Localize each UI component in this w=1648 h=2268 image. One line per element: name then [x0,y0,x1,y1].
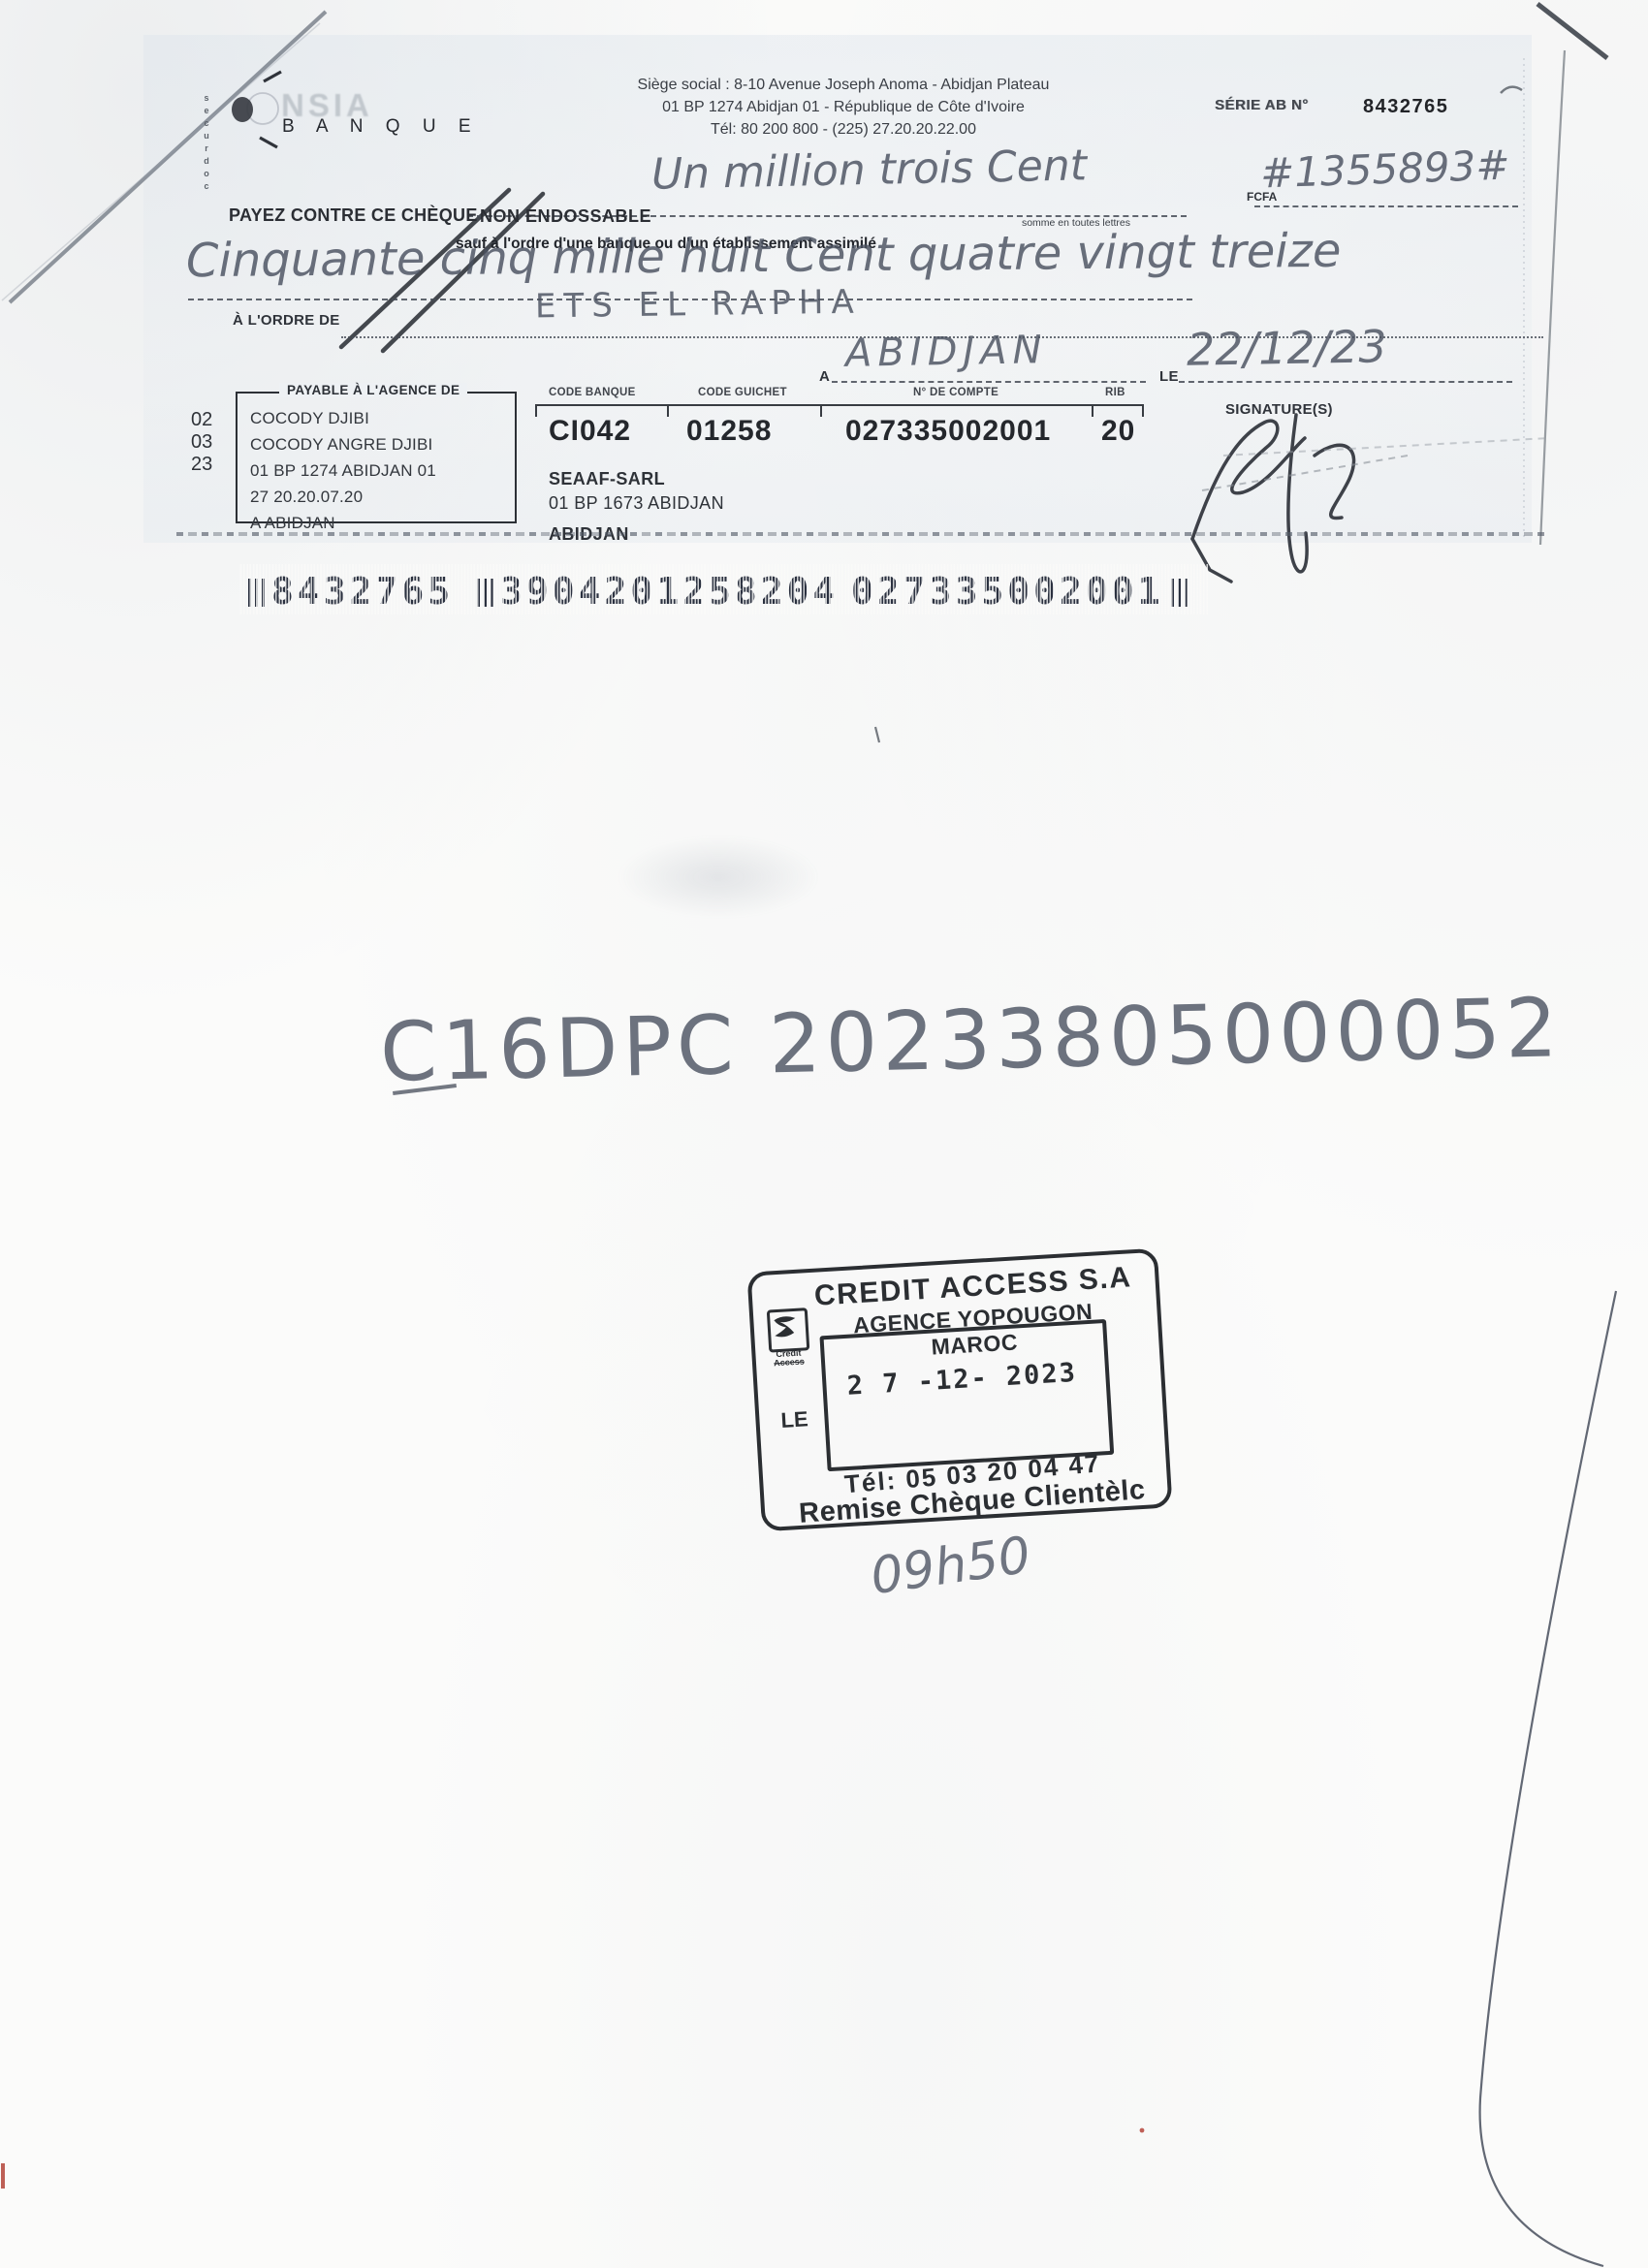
handwritten-place: ABIDJAN [845,328,1048,376]
micr-symbol-3 [1171,579,1188,607]
margin-date-2: 03 [191,431,212,454]
drawer-address: 01 BP 1673 ABIDJAN [549,493,724,514]
margin-date-3: 23 [191,454,212,476]
non-endossable-label: NON ENDOSSABLE [480,206,651,227]
margin-date-1: 02 [191,409,212,431]
compte-value: 027335002001 [845,415,1051,448]
date-rule [1179,381,1512,383]
codes-tick-4 [1092,404,1093,417]
agency-line-1: COCODY DJIBI [250,405,436,431]
compte-label: N° DE COMPTE [913,387,998,398]
deposit-stamp: Credit Access CREDIT ACCESS S.A AGENCE Y… [746,1248,1172,1532]
margin-date-column: 02 03 23 [191,409,212,476]
agency-line-3: 01 BP 1274 ABIDJAN 01 [250,457,436,484]
serie-label: SÉRIE AB N° [1215,97,1309,113]
signature-label: SIGNATURE(S) [1225,401,1333,418]
micr-group-3: 027335002001 [851,570,1188,613]
place-a-label: A [819,368,830,385]
micr-group-1: 8432765 [248,570,454,613]
micr-group-2: 3904201258204 [477,570,839,613]
rib-label: RIB [1105,387,1125,398]
red-dot-mark [1140,2128,1145,2133]
amount-figures-rule [1254,205,1518,207]
scan-smudge [617,835,820,919]
micr-cheque-number: 8432765 [271,570,454,613]
payez-label: PAYEZ CONTRE CE CHÈQUE [229,205,478,226]
rib-value: 20 [1101,415,1135,448]
micr-routing: 3904201258204 [500,570,839,613]
agency-line-2: COCODY ANGRE DJIBI [250,431,436,457]
stamp-le-label: LE [780,1406,809,1433]
handwritten-time: 09h50 [868,1527,1034,1606]
address-line-3: Tél: 80 200 800 - (225) 27.20.20.22.00 [572,118,1115,141]
codes-tick-5 [1142,404,1144,417]
address-line-1: Siège social : 8-10 Avenue Joseph Anoma … [572,74,1115,96]
bank-address: Siège social : 8-10 Avenue Joseph Anoma … [572,74,1115,141]
code-guichet-value: 01258 [686,415,772,448]
handwritten-date: 22/12/23 [1187,320,1388,376]
handwritten-amount-figures: #1355893# [1259,142,1510,198]
handwritten-payee: ETS EL RAPHA [535,283,862,327]
code-banque-label: CODE BANQUE [549,387,636,398]
stray-tick-mark [875,727,879,742]
codes-tick-2 [667,404,669,417]
stamp-logo-icon [767,1307,810,1352]
micr-account: 027335002001 [851,570,1164,613]
serie-number: 8432765 [1363,96,1448,118]
bank-logo-word: B A N Q U E [282,116,480,138]
cheque-bottom-edge [176,532,1547,536]
payable-label: PAYABLE À L'AGENCE DE [279,383,467,397]
micr-symbol-2 [477,579,493,607]
handwritten-amount-words-2: Cinquante cinq mille huit Cent quatre vi… [186,224,1342,288]
agency-lines: COCODY DJIBI COCODY ANGRE DJIBI 01 BP 12… [250,405,436,536]
fold-line-bottom-right [1480,1291,1616,2266]
codes-rule [535,404,1144,406]
micr-symbol-1 [248,579,265,607]
handwritten-amount-words-1: Un million trois Cent [651,141,1088,199]
securdoc-watermark: securdoc [202,93,211,194]
place-rule [832,381,1146,383]
codes-tick-3 [820,404,822,417]
handwritten-reference: C16DPC 20233805000052 [379,980,1563,1100]
corner-mark-top-right [1537,4,1607,58]
address-line-2: 01 BP 1274 Abidjan 01 - République de Cô… [572,96,1115,118]
ordre-label: À L'ORDRE DE [233,312,340,329]
code-guichet-label: CODE GUICHET [698,387,787,398]
right-edge-curve [1540,50,1565,545]
date-le-label: LE [1159,368,1179,385]
code-banque-value: CI042 [549,415,631,448]
agency-line-4: 27 20.20.07.20 [250,484,436,510]
stamp-logo-text: Credit Access [761,1348,816,1369]
drawer-name: SEAAF-SARL [549,469,665,489]
codes-tick-1 [535,404,537,417]
